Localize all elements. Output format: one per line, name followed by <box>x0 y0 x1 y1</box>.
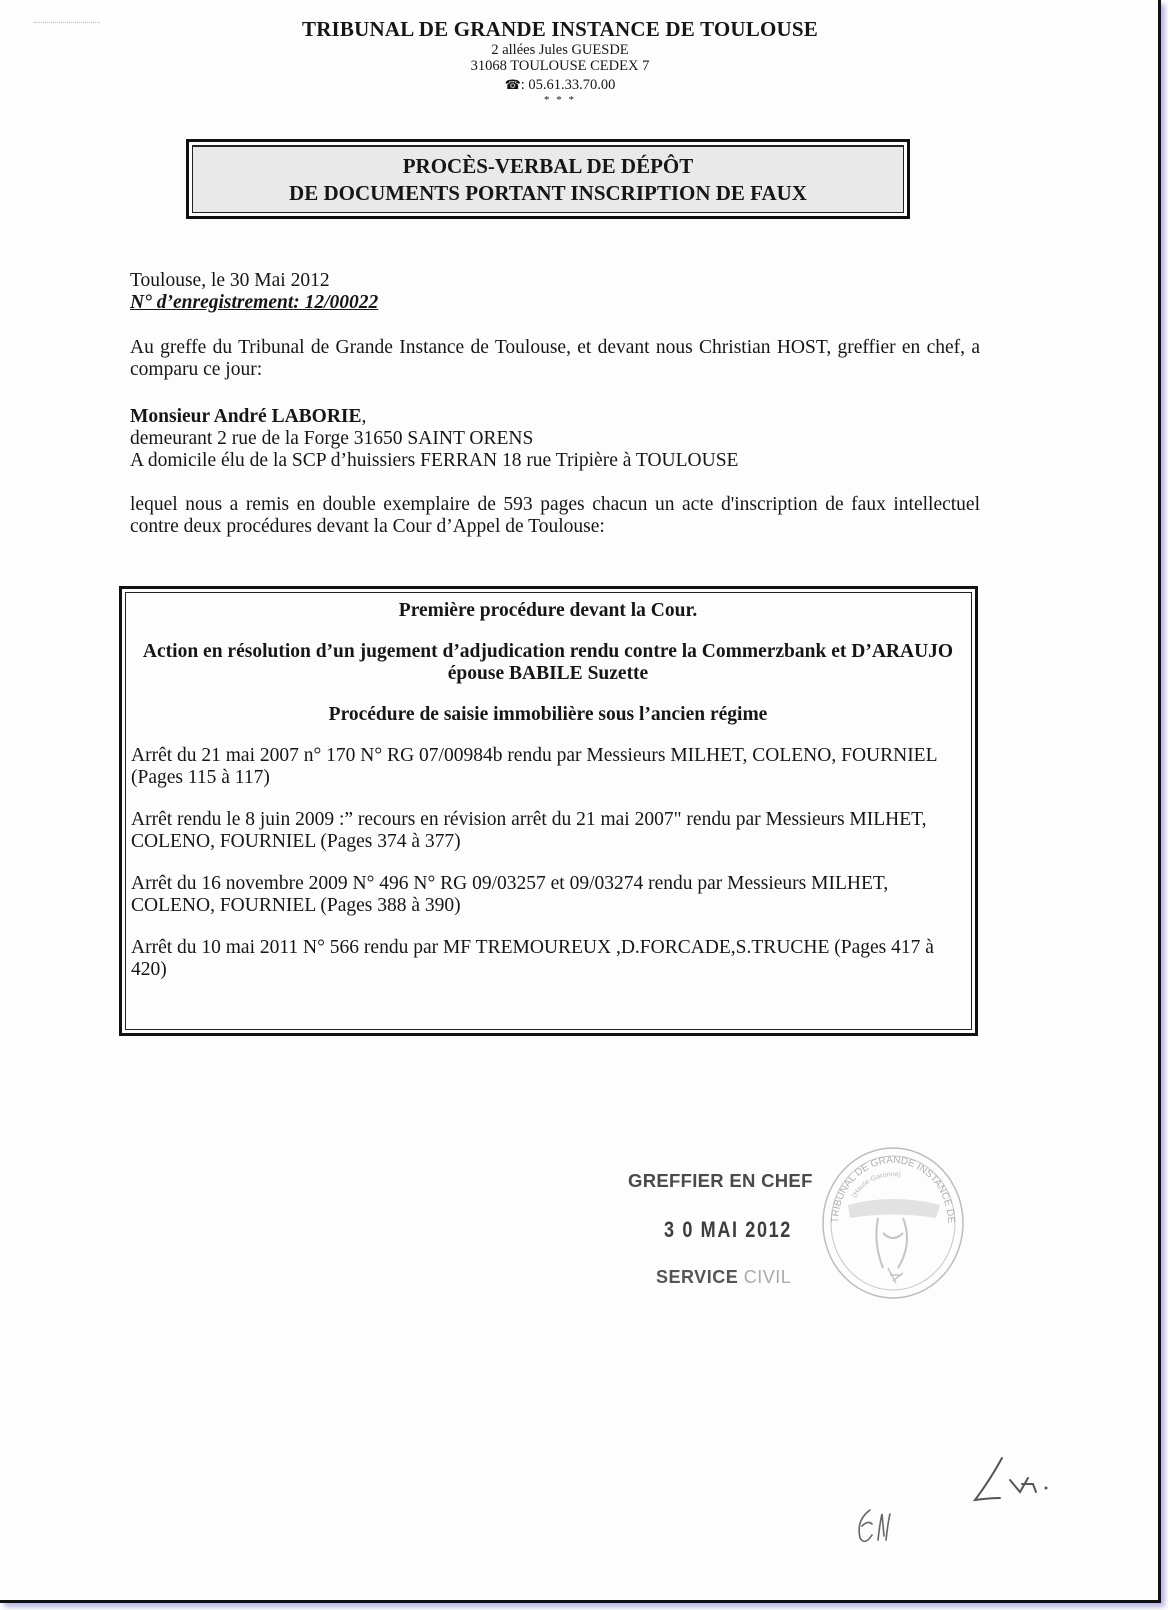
stamp-title: GREFFIER EN CHEF <box>628 1170 813 1192</box>
court-name: TRIBUNAL DE GRANDE INSTANCE DE TOULOUSE <box>0 17 1120 42</box>
arret-item: Arrêt du 16 novembre 2009 N° 496 N° RG 0… <box>131 873 965 917</box>
party-address: demeurant 2 rue de la Forge 31650 SAINT … <box>130 428 533 450</box>
registration-number: N° d’enregistrement: 12/00022 <box>130 292 378 314</box>
title-line-2: DE DOCUMENTS PORTANT INSCRIPTION DE FAUX <box>289 180 807 207</box>
arret-item: Arrêt rendu le 8 juin 2009 :” recours en… <box>131 809 965 853</box>
party-name-comma: , <box>362 406 367 427</box>
document-title-box: PROCÈS-VERBAL DE DÉPÔT DE DOCUMENTS PORT… <box>186 139 910 219</box>
stamp-service-faint: CIVIL <box>744 1267 792 1287</box>
party-name: Monsieur André LABORIE <box>130 406 362 427</box>
appearing-party-name: Monsieur André LABORIE, <box>130 406 366 428</box>
header-separator: * * * <box>0 92 1120 108</box>
court-phone: ☎: 05.61.33.70.00 <box>0 77 1120 93</box>
arret-item: Arrêt du 21 mai 2007 n° 170 N° RG 07/009… <box>131 745 965 789</box>
court-address-line1: 2 allées Jules GUESDE <box>0 42 1120 58</box>
registration-value: : 12/00022 <box>293 292 378 313</box>
procedure-content: Première procédure devant la Cour. Actio… <box>125 592 972 1030</box>
date-line: Toulouse, le 30 Mai 2012 <box>130 270 330 292</box>
party-elected-domicile: A domicile élu de la SCP d’huissiers FER… <box>130 450 738 472</box>
telephone-icon: ☎ <box>505 77 521 92</box>
court-seal-icon: TRIBUNAL DE GRANDE INSTANCE DE TOULOUSE … <box>818 1143 968 1303</box>
procedure-heading: Première procédure devant la Cour. <box>131 600 965 622</box>
registration-label: N° d’enregistrement <box>130 292 293 313</box>
document-page: TRIBUNAL DE GRANDE INSTANCE DE TOULOUSE … <box>0 0 1161 1603</box>
stamp-service: SERVICE CIVIL <box>656 1267 791 1288</box>
procedure-box: Première procédure devant la Cour. Actio… <box>119 586 978 1036</box>
document-title: PROCÈS-VERBAL DE DÉPÔT DE DOCUMENTS PORT… <box>192 145 904 213</box>
stamp-service-label: SERVICE <box>656 1267 738 1287</box>
intro-paragraph: Au greffe du Tribunal de Grande Instance… <box>130 337 980 381</box>
handwritten-annotation-icon <box>850 1440 1050 1550</box>
procedure-subheading: Procédure de saisie immobilière sous l’a… <box>131 704 965 726</box>
phone-number: : 05.61.33.70.00 <box>521 77 616 93</box>
arret-item: Arrêt du 10 mai 2011 N° 566 rendu par MF… <box>131 937 965 981</box>
court-address-line2: 31068 TOULOUSE CEDEX 7 <box>0 58 1120 74</box>
stamp-date: 3 0 MAI 2012 <box>664 1217 792 1243</box>
procedure-action: Action en résolution d’un jugement d’adj… <box>131 641 965 685</box>
deposit-paragraph: lequel nous a remis en double exemplaire… <box>130 494 980 538</box>
title-line-1: PROCÈS-VERBAL DE DÉPÔT <box>403 153 694 180</box>
